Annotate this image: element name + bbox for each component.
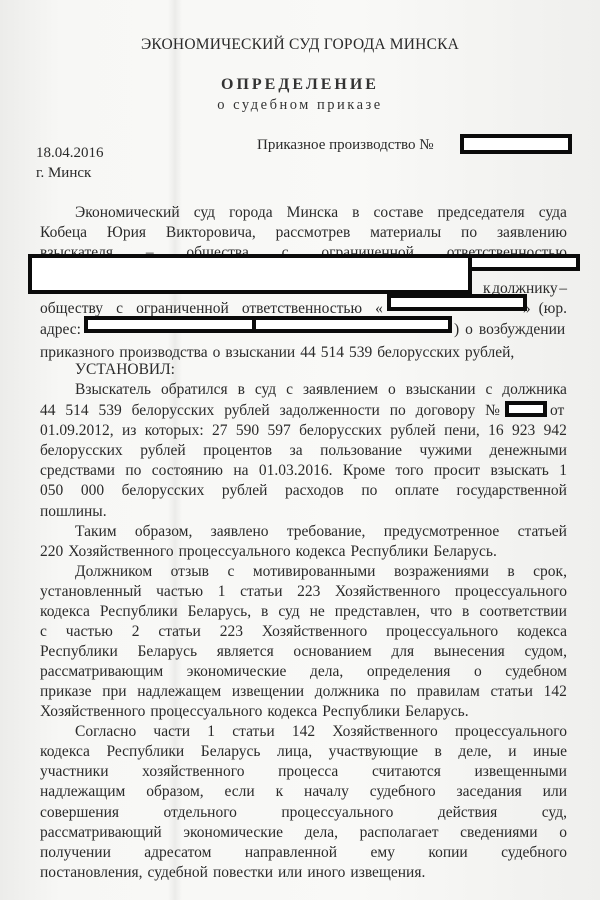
body-line: Должникомотзывсмотивированнымивозражения… — [75, 562, 567, 582]
body-line: Согласночасти1статьи142Хозяйственногопро… — [75, 722, 567, 742]
body-line: кодексаРеспубликиБеларусь,всуднепредстав… — [40, 602, 567, 622]
body-line: Такимобразом,заявленотребование,предусмо… — [75, 522, 567, 542]
body-line: РеспубликиБеларусьявляетсяоснованиемдляв… — [40, 642, 567, 662]
document-city: г. Минск — [36, 165, 91, 182]
body-line: ХозяйственногопроцессуальногокодексаРесп… — [40, 702, 567, 722]
body-line: кодексаРеспубликиБеларусьлица,участвующи… — [40, 742, 567, 762]
redacted-case-number — [460, 134, 572, 154]
court-name: ЭКОНОМИЧЕСКИЙ СУД ГОРОДА МИНСКА — [0, 36, 600, 54]
redacted-debtor-address-1 — [84, 316, 256, 333]
document-subtitle: о судебном приказе — [0, 97, 600, 114]
document-title: ОПРЕДЕЛЕНИЕ — [0, 76, 600, 94]
body-line: рассматривающимэкономическиедела,определ… — [40, 662, 567, 682]
redacted-claimant-name — [28, 254, 472, 294]
body-line: совершенияотдельногопроцессуальногодейст… — [40, 803, 567, 823]
body-line: УСТАНОВИЛ: — [75, 360, 567, 380]
body-line: участникихозяйственногопроцессасчитаются… — [40, 762, 567, 782]
body-line: 220ХозяйственногопроцессуальногокодексаР… — [40, 542, 567, 562]
redacted-claimant-name-tail — [468, 254, 580, 271]
body-line: белорусскихрублейпроцентовзапользованиеч… — [40, 441, 567, 461]
body-line: полученииадресатомнаправленнойемукопиису… — [40, 843, 567, 863]
body-line: приказепринадлежащемизвещениидолжникапоп… — [40, 682, 567, 702]
body-line: постановления,судебнойповесткиилииногоиз… — [40, 863, 567, 883]
body-line: ЭкономическийсудгородаМинскавсоставепред… — [75, 203, 567, 223]
body-line: установленныйчастью1статьи223Хозяйственн… — [40, 582, 567, 602]
body-line: рассматривающийэкономическиедела,распола… — [40, 823, 567, 843]
body-line: надлежащимобразом,есликначалусудебногоза… — [40, 782, 567, 802]
redacted-contract-number — [505, 401, 547, 417]
redacted-debtor-name — [387, 294, 527, 311]
redacted-debtor-address-2 — [252, 316, 452, 333]
body-line: пошлины. — [40, 502, 567, 522]
body-line: средствамипосостояниюна01.03.2016.Кромет… — [40, 461, 567, 481]
court-order-document: ЭКОНОМИЧЕСКИЙ СУД ГОРОДА МИНСКА ОПРЕДЕЛЕ… — [0, 0, 600, 900]
body-line: Взыскательобратилсявсудсзаявлениемовзыск… — [75, 380, 567, 400]
body-line: 01.09.2012,изкоторых:27590597белорусских… — [40, 421, 567, 441]
document-date: 18.04.2016 — [36, 145, 104, 162]
body-line: 050000белорусскихрублейрасходовпооплатег… — [40, 481, 567, 501]
body-line: КобецаЮрияВикторовича,рассмотревматериал… — [40, 223, 567, 243]
case-number-label: Приказное производство № — [257, 137, 434, 154]
body-line: 44514539белорусскихрублейзадолженностипо… — [40, 401, 567, 421]
body-line: счастью2статьи223Хозяйственногопроцессуа… — [40, 622, 567, 642]
